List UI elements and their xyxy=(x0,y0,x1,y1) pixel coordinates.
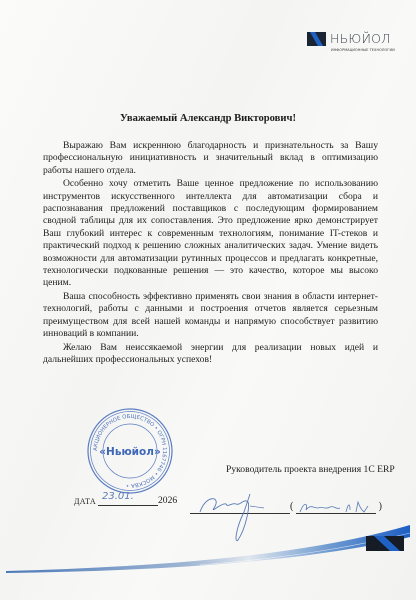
n-letter-footer-icon xyxy=(366,536,404,551)
signer-title: Руководитель проекта внедрения 1С ERP xyxy=(226,464,395,475)
stamp-center-text: «Ньюйол» xyxy=(99,446,160,458)
paragraph: Желаю Вам неиссякаемой энергии для реали… xyxy=(43,342,378,367)
company-name: НЬЮЙОЛ xyxy=(330,31,391,46)
company-tagline: ИНФОРМАЦИОННЫЕ ТЕХНОЛОГИИ xyxy=(331,48,395,52)
letter-body: Выражаю Вам искреннюю благодарность и пр… xyxy=(43,140,378,367)
decorative-swoosh xyxy=(0,505,416,580)
company-seal-stamp: АКЦИОНЕРНОЕ ОБЩЕСТВО • ОГРН 1167746 • МО… xyxy=(86,407,174,495)
date-handwritten: 23.01. xyxy=(98,491,158,506)
salutation: Уважаемый Александр Викторович! xyxy=(0,113,416,124)
paragraph: Ваша способность эффективно применять св… xyxy=(43,291,378,341)
company-logo: НЬЮЙОЛ ИНФОРМАЦИОННЫЕ ТЕХНОЛОГИИ xyxy=(307,32,407,54)
paragraph: Выражаю Вам искреннюю благодарность и пр… xyxy=(43,140,378,177)
n-letter-logo-icon xyxy=(307,32,326,46)
paragraph: Особенно хочу отметить Ваше ценное предл… xyxy=(43,178,378,290)
letter-page: НЬЮЙОЛ ИНФОРМАЦИОННЫЕ ТЕХНОЛОГИИ Уважаем… xyxy=(0,0,416,600)
